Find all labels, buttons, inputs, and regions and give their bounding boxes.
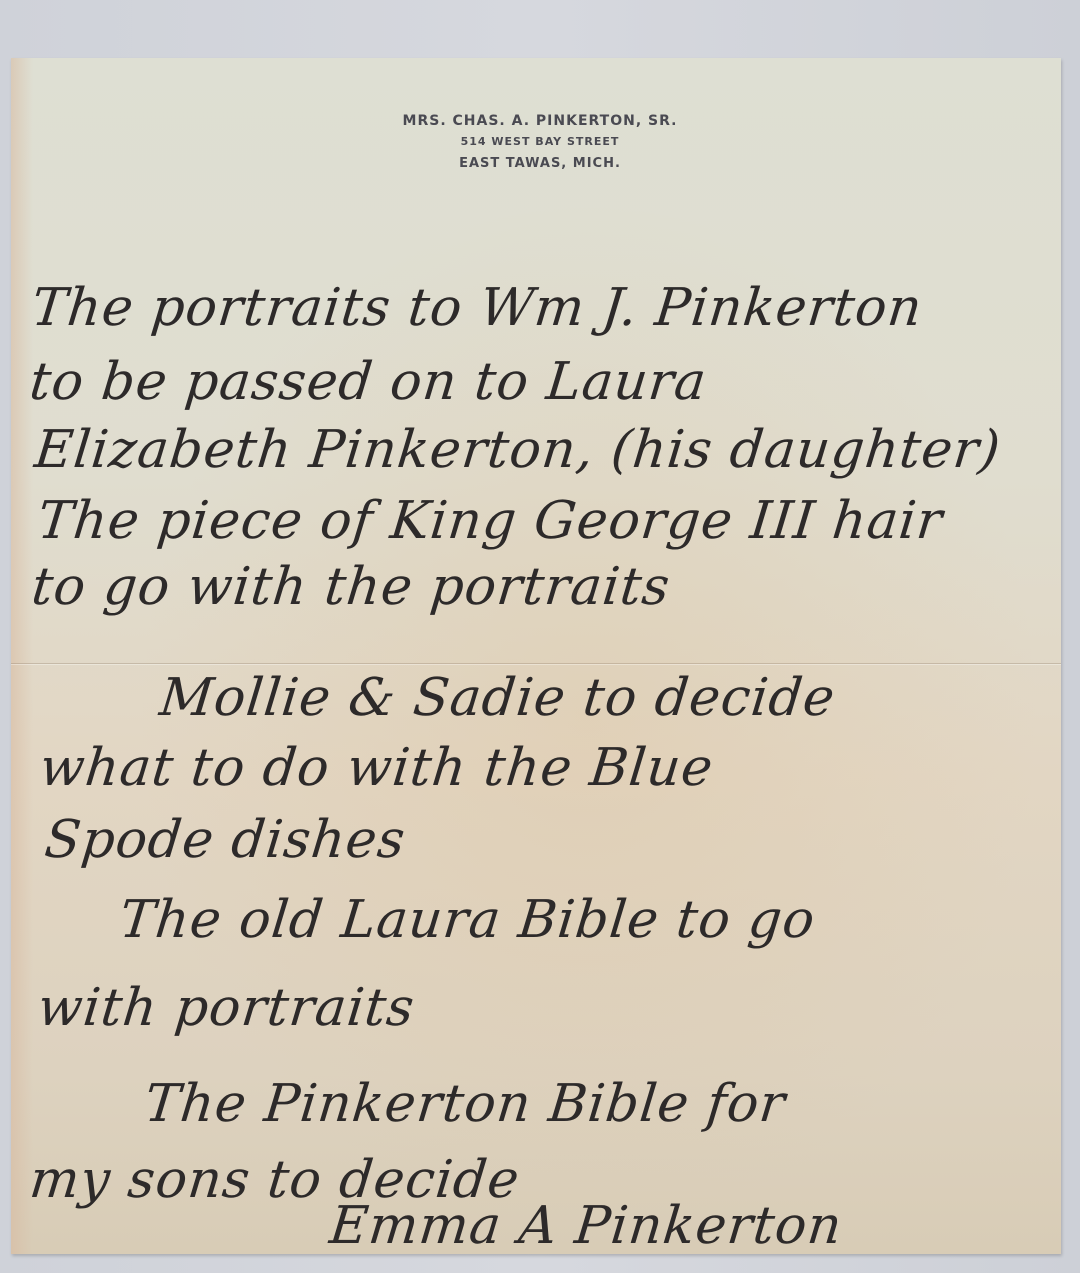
- body-line: Spode dishes: [42, 810, 409, 870]
- body-line: to be passed on to Laura: [27, 352, 710, 412]
- body-line: The portraits to Wm J. Pinkerton: [29, 278, 926, 338]
- letterhead: MRS. CHAS. A. PINKERTON, SR. 514 WEST BA…: [0, 110, 1080, 176]
- body-line: to go with the portraits: [29, 557, 673, 617]
- body-line: The Pinkerton Bible for: [142, 1074, 789, 1134]
- body-line: The old Laura Bible to go: [117, 890, 818, 950]
- body-line: with portraits: [35, 978, 418, 1038]
- fold-crease: [11, 663, 1061, 664]
- body-line: Mollie & Sadie to decide: [157, 668, 838, 728]
- signature: Emma A Pinkerton: [327, 1196, 845, 1256]
- body-line: The piece of King George III hair: [35, 491, 946, 551]
- body-line: Elizabeth Pinkerton, (his daughter): [32, 420, 1004, 480]
- letterhead-address: 514 WEST BAY STREET: [0, 132, 1080, 152]
- letterhead-city: EAST TAWAS, MICH.: [0, 152, 1080, 176]
- letterhead-name: MRS. CHAS. A. PINKERTON, SR.: [0, 110, 1080, 132]
- body-line: what to do with the Blue: [37, 738, 716, 798]
